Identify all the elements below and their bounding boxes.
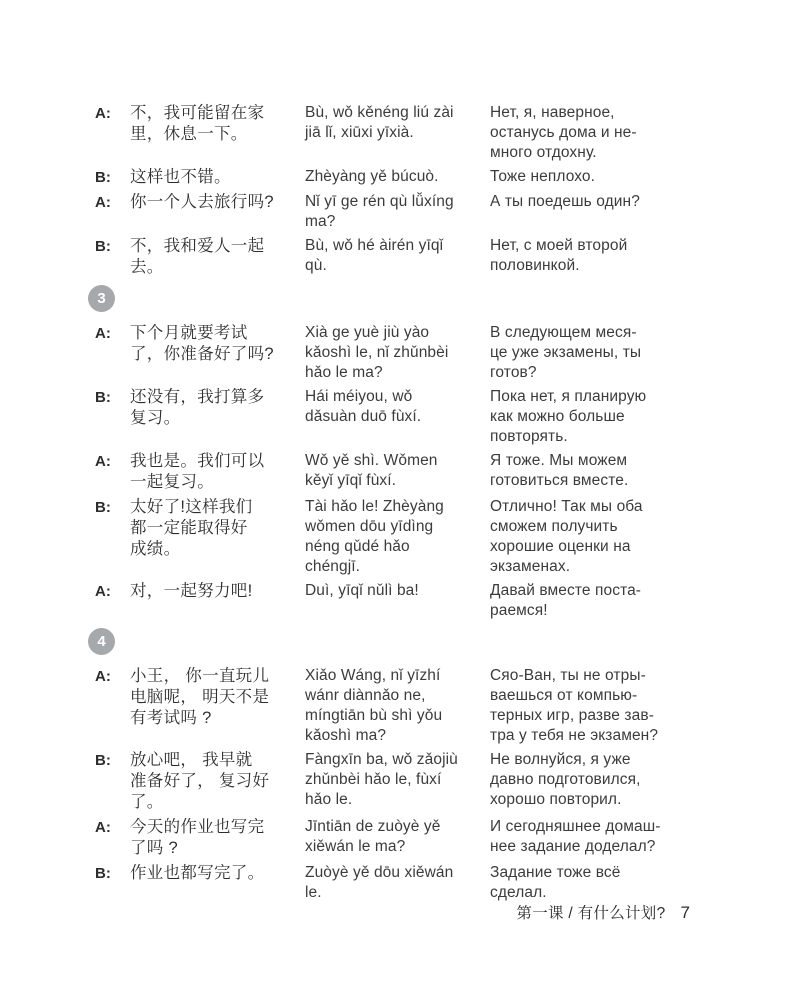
speaker-label: B: bbox=[95, 167, 130, 188]
chinese-text: 作业也都写完了。 bbox=[130, 863, 305, 903]
russian-text: Пока нет, я планирую как можно больше по… bbox=[490, 387, 710, 447]
pinyin-text: Zuòyè yě dōu xiěwán le. bbox=[305, 863, 490, 903]
dialogue-row: B: 放心吧， 我早就 准备好了， 复习好 了。 Fàngxīn ba, wǒ … bbox=[95, 750, 710, 813]
pinyin-text: Bù, wǒ kěnéng liú zài jiā lǐ, xiūxi yīxi… bbox=[305, 103, 490, 163]
speaker-label: A: bbox=[95, 451, 130, 493]
russian-text: Не волнуйся, я уже давно подготовился, х… bbox=[490, 750, 710, 813]
chinese-text: 下个月就要考试 了，你准备好了吗? bbox=[130, 323, 305, 383]
pinyin-text: Xià ge yuè jiù yào kǎoshì le, nǐ zhǔnbèi… bbox=[305, 323, 490, 383]
dialogue-number-badge: 4 bbox=[88, 628, 115, 655]
dialogue-number-badge: 3 bbox=[88, 285, 115, 312]
chinese-text: 你一个人去旅行吗? bbox=[130, 192, 305, 232]
speaker-label: A: bbox=[95, 666, 130, 746]
russian-text: Давай вместе поста- раемся! bbox=[490, 581, 710, 621]
dialogues-area: A: 不，我可能留在家 里，休息一下。 Bù, wǒ kěnéng liú zà… bbox=[95, 103, 710, 907]
russian-text: А ты поедешь один? bbox=[490, 192, 710, 232]
russian-text: Я тоже. Мы можем готовиться вместе. bbox=[490, 451, 710, 493]
speaker-label: A: bbox=[95, 817, 130, 859]
dialogue-row: A: 今天的作业也写完 了吗 ? Jīntiān de zuòyè yě xiě… bbox=[95, 817, 710, 859]
dialogue-row: B: 还没有，我打算多 复习。 Hái méiyou, wǒ dǎsuàn du… bbox=[95, 387, 710, 447]
speaker-label: B: bbox=[95, 863, 130, 903]
chinese-text: 还没有，我打算多 复习。 bbox=[130, 387, 305, 447]
dialogue-section: 3 A: 下个月就要考试 了，你准备好了吗? Xià ge yuè jiù yà… bbox=[95, 285, 710, 621]
dialogue-section: A: 不，我可能留在家 里，休息一下。 Bù, wǒ kěnéng liú zà… bbox=[95, 103, 710, 278]
dialogue-row: A: 对，一起努力吧! Duì, yīqǐ nǔlì ba! Давай вме… bbox=[95, 581, 710, 621]
chinese-text: 不，我和爱人一起 去。 bbox=[130, 236, 305, 278]
speaker-label: A: bbox=[95, 192, 130, 232]
russian-text: Сяо-Ван, ты не отры- ваешься от компью- … bbox=[490, 666, 710, 746]
footer-page-number: 7 bbox=[681, 903, 690, 923]
pinyin-text: Nǐ yī ge rén qù lǚxíng ma? bbox=[305, 192, 490, 232]
dialogue-row: B: 不，我和爱人一起 去。 Bù, wǒ hé àirén yīqǐ qù. … bbox=[95, 236, 710, 278]
russian-text: Тоже неплохо. bbox=[490, 167, 710, 188]
russian-text: И сегодняшнее домаш- нее задание доделал… bbox=[490, 817, 710, 859]
speaker-label: B: bbox=[95, 497, 130, 577]
pinyin-text: Hái méiyou, wǒ dǎsuàn duō fùxí. bbox=[305, 387, 490, 447]
chinese-text: 小王， 你一直玩儿 电脑呢， 明天不是 有考试吗 ? bbox=[130, 666, 305, 746]
chinese-text: 不，我可能留在家 里，休息一下。 bbox=[130, 103, 305, 163]
pinyin-text: Bù, wǒ hé àirén yīqǐ qù. bbox=[305, 236, 490, 278]
russian-text: Нет, с моей второй половинкой. bbox=[490, 236, 710, 278]
chinese-text: 我也是。我们可以 一起复习。 bbox=[130, 451, 305, 493]
dialogue-row: A: 下个月就要考试 了，你准备好了吗? Xià ge yuè jiù yào … bbox=[95, 323, 710, 383]
speaker-label: B: bbox=[95, 387, 130, 447]
page-footer: 第一课 / 有什么计划? 7 bbox=[516, 901, 690, 923]
chinese-text: 放心吧， 我早就 准备好了， 复习好 了。 bbox=[130, 750, 305, 813]
dialogue-row: A: 你一个人去旅行吗? Nǐ yī ge rén qù lǚxíng ma? … bbox=[95, 192, 710, 232]
pinyin-text: Wǒ yě shì. Wǒmen kěyǐ yīqǐ fùxí. bbox=[305, 451, 490, 493]
dialogue-row: B: 太好了!这样我们 都一定能取得好 成绩。 Tài hǎo le! Zhèy… bbox=[95, 497, 710, 577]
chinese-text: 对，一起努力吧! bbox=[130, 581, 305, 621]
russian-text: Нет, я, наверное, останусь дома и не- мн… bbox=[490, 103, 710, 163]
chinese-text: 今天的作业也写完 了吗 ? bbox=[130, 817, 305, 859]
speaker-label: A: bbox=[95, 103, 130, 163]
chinese-text: 这样也不错。 bbox=[130, 167, 305, 188]
dialogue-section: 4 A: 小王， 你一直玩儿 电脑呢， 明天不是 有考试吗 ? Xiǎo Wán… bbox=[95, 628, 710, 903]
speaker-label: B: bbox=[95, 236, 130, 278]
footer-lesson-title: 第一课 / 有什么计划? bbox=[516, 901, 665, 923]
speaker-label: B: bbox=[95, 750, 130, 813]
pinyin-text: Jīntiān de zuòyè yě xiěwán le ma? bbox=[305, 817, 490, 859]
speaker-label: A: bbox=[95, 581, 130, 621]
pinyin-text: Xiǎo Wáng, nǐ yīzhí wánr diànnǎo ne, mín… bbox=[305, 666, 490, 746]
pinyin-text: Tài hǎo le! Zhèyàng wǒmen dōu yīdìng nén… bbox=[305, 497, 490, 577]
pinyin-text: Duì, yīqǐ nǔlì ba! bbox=[305, 581, 490, 621]
dialogue-row: B: 这样也不错。 Zhèyàng yě búcuò. Тоже неплохо… bbox=[95, 167, 710, 188]
pinyin-text: Zhèyàng yě búcuò. bbox=[305, 167, 490, 188]
speaker-label: A: bbox=[95, 323, 130, 383]
russian-text: Отлично! Так мы оба сможем получить хоро… bbox=[490, 497, 710, 577]
pinyin-text: Fàngxīn ba, wǒ zǎojiù zhǔnbèi hǎo le, fù… bbox=[305, 750, 490, 813]
russian-text: В следующем меся- це уже экзамены, ты го… bbox=[490, 323, 710, 383]
dialogue-row: A: 小王， 你一直玩儿 电脑呢， 明天不是 有考试吗 ? Xiǎo Wáng,… bbox=[95, 666, 710, 746]
russian-text: Задание тоже всё сделал. bbox=[490, 863, 710, 903]
dialogue-row: A: 我也是。我们可以 一起复习。 Wǒ yě shì. Wǒmen kěyǐ … bbox=[95, 451, 710, 493]
dialogue-row: A: 不，我可能留在家 里，休息一下。 Bù, wǒ kěnéng liú zà… bbox=[95, 103, 710, 163]
dialogue-row: B: 作业也都写完了。 Zuòyè yě dōu xiěwán le. Зада… bbox=[95, 863, 710, 903]
chinese-text: 太好了!这样我们 都一定能取得好 成绩。 bbox=[130, 497, 305, 577]
